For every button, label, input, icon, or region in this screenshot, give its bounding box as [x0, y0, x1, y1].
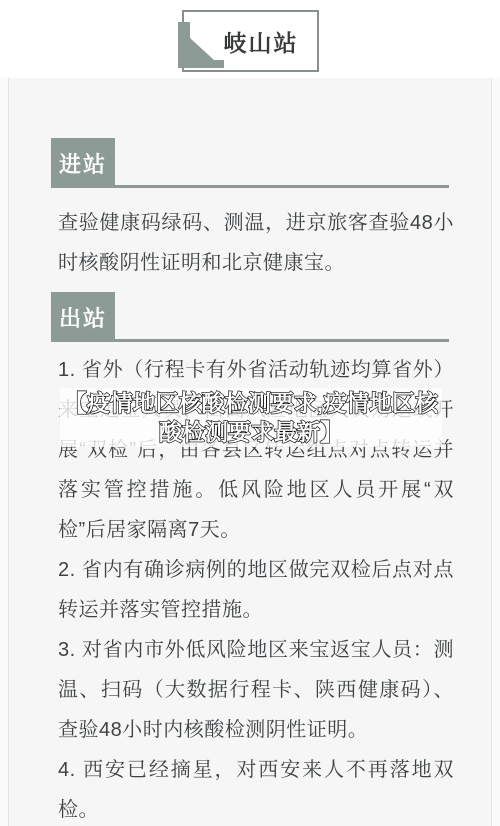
list-item-3: 3. 对省内市外低风险地区来宝返宝人员：测温、扫码（大数据行程卡、陕西健康码）、…: [58, 630, 454, 750]
exit-station-badge: 出站: [51, 292, 115, 342]
enter-station-text: 查验健康码绿码、测温，进京旅客查验48小时核酸阴性证明和北京健康宝。: [58, 203, 454, 283]
watermark-banner: 【疫情地区核酸检测要求,疫情地区核酸检测要求最新】: [60, 388, 442, 447]
station-name-plate: 岐山站: [182, 10, 319, 72]
notice-sheet: 进站 查验健康码绿码、测温，进京旅客查验48小时核酸阴性证明和北京健康宝。 出站…: [0, 78, 500, 826]
watermark-caption: 【疫情地区核酸检测要求,疫情地区核酸检测要求最新】: [60, 389, 442, 447]
list-item-4: 4. 西安已经摘星，对西安来人不再落地双检。: [58, 750, 454, 826]
enter-section-rule: [115, 185, 449, 188]
enter-station-badge: 进站: [51, 138, 115, 188]
section-enter-station: 进站: [0, 138, 500, 188]
exit-section-rule: [115, 339, 449, 342]
top-band: 岐山站: [0, 0, 500, 78]
left-edge-strip: [0, 78, 9, 826]
right-edge-strip: [491, 78, 500, 826]
paragraph: 查验健康码绿码、测温，进京旅客查验48小时核酸阴性证明和北京健康宝。: [58, 203, 454, 283]
list-item-2: 2. 省内有确诊病例的地区做完双检后点对点转运并落实管控措施。: [58, 550, 454, 630]
corner-flag-icon: [176, 22, 224, 70]
list-item-1: 1. 省外（行程卡有外省活动轨迹均算省外）来宝返宝人员，由高风险地区人员劝返或开…: [58, 350, 454, 550]
section-exit-station: 出站: [0, 292, 500, 342]
